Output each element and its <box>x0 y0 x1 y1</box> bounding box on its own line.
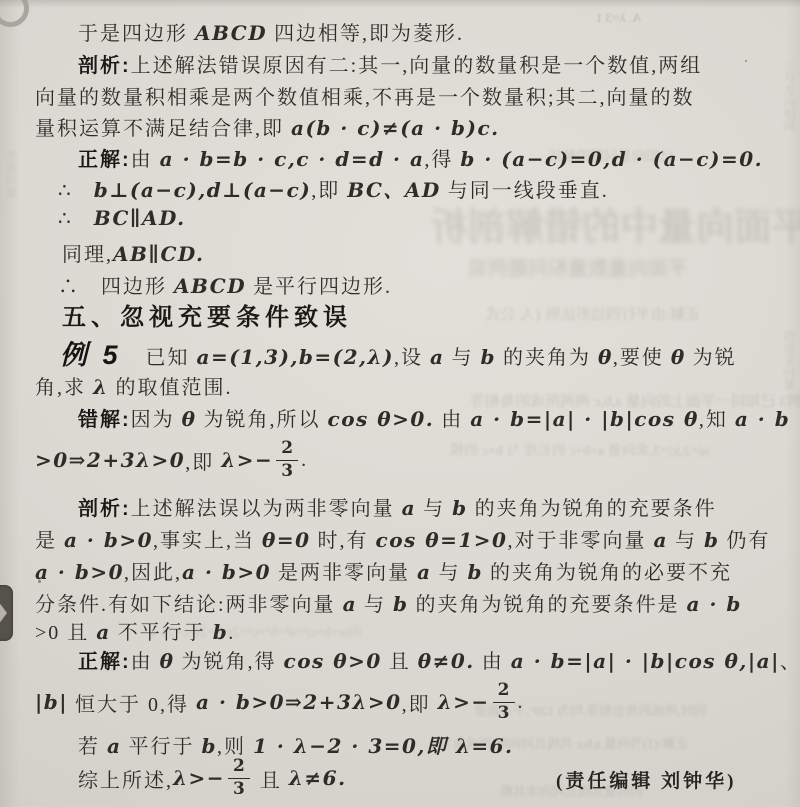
cn-text: ,对于非零向量 <box>507 530 653 552</box>
cn-text: 时,有 <box>311 530 376 552</box>
cn-text: ,即 <box>402 688 438 717</box>
scan-ring-mark <box>0 0 29 27</box>
doc-line-09: ∴ 四边形 ABCD 是平行四边形. <box>58 270 392 299</box>
doc-line-14: >0⇒2+3λ>0,即 λ>−23. <box>35 434 308 486</box>
math-text: a · b <box>687 592 742 616</box>
cn-text: 已知 <box>132 347 197 369</box>
cn-text: 同理, <box>62 244 113 266</box>
doc-line-23: 综上所述,λ>−23 且 λ≠6. <box>78 752 347 804</box>
cn-text: 由 <box>131 651 160 673</box>
math-text: a <box>96 620 110 644</box>
math-text: b <box>480 345 495 369</box>
fraction-numerator: 2 <box>228 757 250 779</box>
math-text: a · b=|a| · |b|cos θ <box>470 407 699 431</box>
left-edge-clip-mark <box>0 585 13 641</box>
section-heading-text: 五、忽视充要条件致误 <box>62 304 352 331</box>
doc-line-01: 于是四边形 ABCD 四边相等,即为菱形. <box>78 17 464 46</box>
cn-text: 是 <box>35 530 64 552</box>
math-text: a · b=|a| · |b|cos θ,|a| <box>511 649 780 673</box>
cn-text: 上述解法错误原因有二:其一,向量的数量积是一个数值,两组 <box>131 55 703 77</box>
cn-text: 为锐 <box>686 347 737 369</box>
doc-line-12: 角,求 λ 的取值范围. <box>35 371 233 400</box>
cn-text: 因为 <box>131 409 182 431</box>
doc-line-19: >0 且 a 不平行于 b. <box>35 616 235 645</box>
cn-text: 仍有 <box>719 530 770 552</box>
doc-line-06: ∴ b⊥(a−c),d⊥(a−c),即 BC、AD 与同一线段垂直. <box>58 174 609 203</box>
math-text: a · b=b · c,c · d=d · a <box>160 147 425 171</box>
fraction-numerator: 2 <box>493 681 515 703</box>
doc-line-13: 错解:因为 θ 为锐角,所以 cos θ>0. 由 a · b=|a| · |b… <box>78 403 790 432</box>
cn-text: 与 <box>668 530 704 552</box>
label-cuojie: 错解: <box>78 409 131 431</box>
bleed-through-text: 平面向量 <box>3 150 20 198</box>
doc-line-18: 分条件.有如下结论:两非零向量 a 与 b 的夹角为锐角的充要条件是 a · b <box>35 588 742 617</box>
bleed-through-text: 的值求向量 <box>781 330 798 390</box>
cn-text: 综上所述, <box>78 764 173 793</box>
math-text: a <box>430 345 444 369</box>
math-text: a · b>0⇒2+3λ>0 <box>196 690 402 714</box>
clip-arrow-shape <box>0 601 7 625</box>
math-text: λ≠6. <box>289 766 347 790</box>
doc-line-05: 正解:由 a · b=b · c,c · d=d · a,得 b · (a−c)… <box>78 143 763 172</box>
cn-text: 不平行于 <box>111 622 213 644</box>
fraction-two-thirds: 23 <box>276 439 298 481</box>
cn-text: 为锐角,得 <box>175 651 284 673</box>
cn-text: 为锐角,所以 <box>197 409 328 431</box>
fraction-two-thirds: 23 <box>228 757 250 799</box>
cn-text: . <box>301 449 308 472</box>
cn-text: 与 <box>432 562 468 584</box>
math-text: cos θ>0. <box>328 407 435 431</box>
math-text: AB∥CD. <box>113 242 205 266</box>
cn-text: 与 <box>444 347 480 369</box>
math-text: θ=0 <box>262 528 311 552</box>
doc-line-02: 剖析:上述解法错误原因有二:其一,向量的数量积是一个数值,两组 <box>78 49 702 78</box>
cn-text: 是两非零向量 <box>271 562 417 584</box>
doc-line-21: |b| 恒大于 0,得 a · b>0⇒2+3λ>0,即 λ>−23. <box>35 676 525 728</box>
math-text: a <box>653 528 667 552</box>
doc-line-15: 剖析:上述解法误以为两非零向量 a 与 b 的夹角为锐角的充要条件 <box>78 492 717 521</box>
cn-text: 恒大于 0,得 <box>68 688 196 717</box>
therefore-symbol: ∴ <box>58 180 94 202</box>
cn-text: . <box>228 622 235 644</box>
cn-text: 的夹角为锐角的必要不充 <box>483 562 732 584</box>
math-text: a · b>0 <box>182 560 271 584</box>
cn-text: 分条件.有如下结论:两非零向量 <box>35 594 343 616</box>
cn-text: ,得 <box>424 149 460 171</box>
bleed-through-text: 正解:由平行四边形法则 {人 公式 <box>486 303 700 324</box>
math-text: b <box>393 592 408 616</box>
math-text: a <box>343 592 357 616</box>
math-text: θ≠0. <box>418 649 475 673</box>
cn-text: 与 <box>416 498 452 520</box>
cn-text: 的夹角为锐角的充要条件是 <box>409 594 687 616</box>
math-text: λ>− <box>173 766 225 790</box>
cn-text: 量积运算不满足结合律,即 <box>35 118 291 140</box>
cn-text: ,事实上,当 <box>153 530 262 552</box>
math-text: a · b <box>735 407 790 431</box>
cn-text: 且 <box>382 651 418 673</box>
fraction-denominator: 3 <box>233 779 245 800</box>
cn-text: . <box>518 691 525 714</box>
cn-text: 的取值范围. <box>109 377 233 399</box>
doc-line-03: 向量的数量积相乘是两个数值相乘,不再是一个数量积;其二,向量的数 <box>35 81 695 110</box>
cn-text: ,知 <box>699 409 735 431</box>
math-text: >0⇒2+3λ>0 <box>35 448 185 472</box>
cn-text: 与同一线段垂直. <box>441 180 609 202</box>
math-text: λ <box>93 375 109 399</box>
editor-credit: (责任编辑 刘钟华) <box>556 766 736 793</box>
math-text: b <box>213 620 228 644</box>
cn-text: 的夹角为 <box>496 347 598 369</box>
bleed-through-text: |a|=2,|c|=3,求向量 a+b+c 的长度 与 b+c 的模 <box>450 440 710 460</box>
cn-text: >0 且 <box>35 622 96 644</box>
fraction-numerator: 2 <box>276 439 298 461</box>
math-text: cos θ=1>0 <box>376 528 508 552</box>
cn-text: ,即 <box>311 180 347 202</box>
label-zhengjie: 正解: <box>78 149 131 171</box>
cn-text: ,设 <box>394 347 430 369</box>
label-pouxi: 剖析: <box>78 55 131 77</box>
cn-text: 由 <box>131 149 160 171</box>
math-text: a · b>0 <box>64 528 153 552</box>
cn-text: 四边相等,即为菱形. <box>267 23 464 45</box>
doc-line-20: 正解:由 θ 为锐角,得 cos θ>0 且 θ≠0. 由 a · b=|a| … <box>78 645 800 674</box>
doc-line-08: 同理,AB∥CD. <box>62 238 205 267</box>
fraction-denominator: 3 <box>498 703 510 724</box>
math-text: |b| <box>35 690 68 714</box>
therefore-symbol: ∴ 四边形 <box>58 276 174 298</box>
math-text: θ <box>598 345 613 369</box>
math-text: cos θ>0 <box>284 649 382 673</box>
cn-text: 向量的数量积相乘是两个数值相乘,不再是一个数量积;其二,向量的数 <box>35 87 695 109</box>
label-pouxi: 剖析: <box>78 498 131 520</box>
label-zhengjie: 正解: <box>78 651 131 673</box>
cn-text: ,即 <box>185 446 221 475</box>
math-text: a <box>417 560 431 584</box>
fraction-two-thirds: 23 <box>493 681 515 723</box>
cn-text: 角,求 <box>35 377 93 399</box>
cn-text: 、 <box>780 651 800 673</box>
math-text: b <box>468 560 483 584</box>
math-text: λ>− <box>221 448 273 472</box>
cn-text: 由 <box>434 409 470 431</box>
math-text: b⊥(a−c),d⊥(a−c) <box>94 178 311 202</box>
math-text: ABCD <box>195 21 267 45</box>
math-text: BC∥AD. <box>94 206 186 230</box>
cn-text: 由 <box>475 651 511 673</box>
cn-text: ,要使 <box>613 347 671 369</box>
math-text: θ <box>182 407 197 431</box>
cn-text: 是平行四边形. <box>246 276 392 298</box>
cn-text: 于是四边形 <box>78 23 195 45</box>
math-text: ABCD <box>174 274 246 298</box>
ink-speck <box>745 60 747 62</box>
math-text: b <box>704 528 719 552</box>
fraction-denominator: 3 <box>281 461 293 482</box>
math-text: a(b · c)≠(a · b)c. <box>291 116 500 140</box>
doc-line-04: 量积运算不满足结合律,即 a(b · c)≠(a · b)c. <box>35 112 500 141</box>
math-text: λ>− <box>438 690 490 714</box>
math-text: a <box>402 496 416 520</box>
cn-text: 的夹角为锐角的充要条件 <box>468 498 717 520</box>
doc-line-17: a · b>0,因此,a · b>0 是两非零向量 a 与 b 的夹角为锐角的必… <box>35 556 732 585</box>
doc-line-11: 例 5 已知 a=(1,3),b=(2,λ),设 a 与 b 的夹角为 θ,要使… <box>60 333 737 372</box>
math-text: b · (a−c)=0,d · (a−c)=0. <box>460 147 763 171</box>
math-text: BC、AD <box>347 178 441 202</box>
therefore-symbol: ∴ <box>58 208 94 230</box>
math-text: a=(1,3),b=(2,λ) <box>197 345 394 369</box>
bleed-through-headline: 平面向量中的错解剖析 <box>430 196 800 251</box>
cn-text: 与 <box>357 594 393 616</box>
section-heading: 五、忽视充要条件致误 <box>62 297 352 332</box>
math-text: θ <box>160 649 175 673</box>
doc-line-16: 是 a · b>0,事实上,当 θ=0 时,有 cos θ=1>0,对于非零向量… <box>35 524 770 553</box>
math-text: θ <box>671 345 686 369</box>
math-text: b <box>452 496 467 520</box>
bleed-through-text: 三与方向相同 <box>781 60 798 132</box>
cn-text: 且 <box>253 764 289 793</box>
bleed-through-text: 平面向量数量积问题例说 <box>468 252 688 281</box>
math-text: a · b>0 <box>35 560 124 584</box>
bleed-through-text: A. λ=3 1 <box>596 10 642 26</box>
cn-text: ,因此, <box>124 562 182 584</box>
cn-text: 上述解法误以为两非零向量 <box>131 498 402 520</box>
scanned-textbook-page: A. λ=3 1 已知向量问题的解法 平面向量中的错解剖析 平面向量数量积问题例… <box>0 0 800 807</box>
example-5-label: 例 5 <box>60 340 122 370</box>
doc-line-07: ∴ BC∥AD. <box>58 206 186 231</box>
